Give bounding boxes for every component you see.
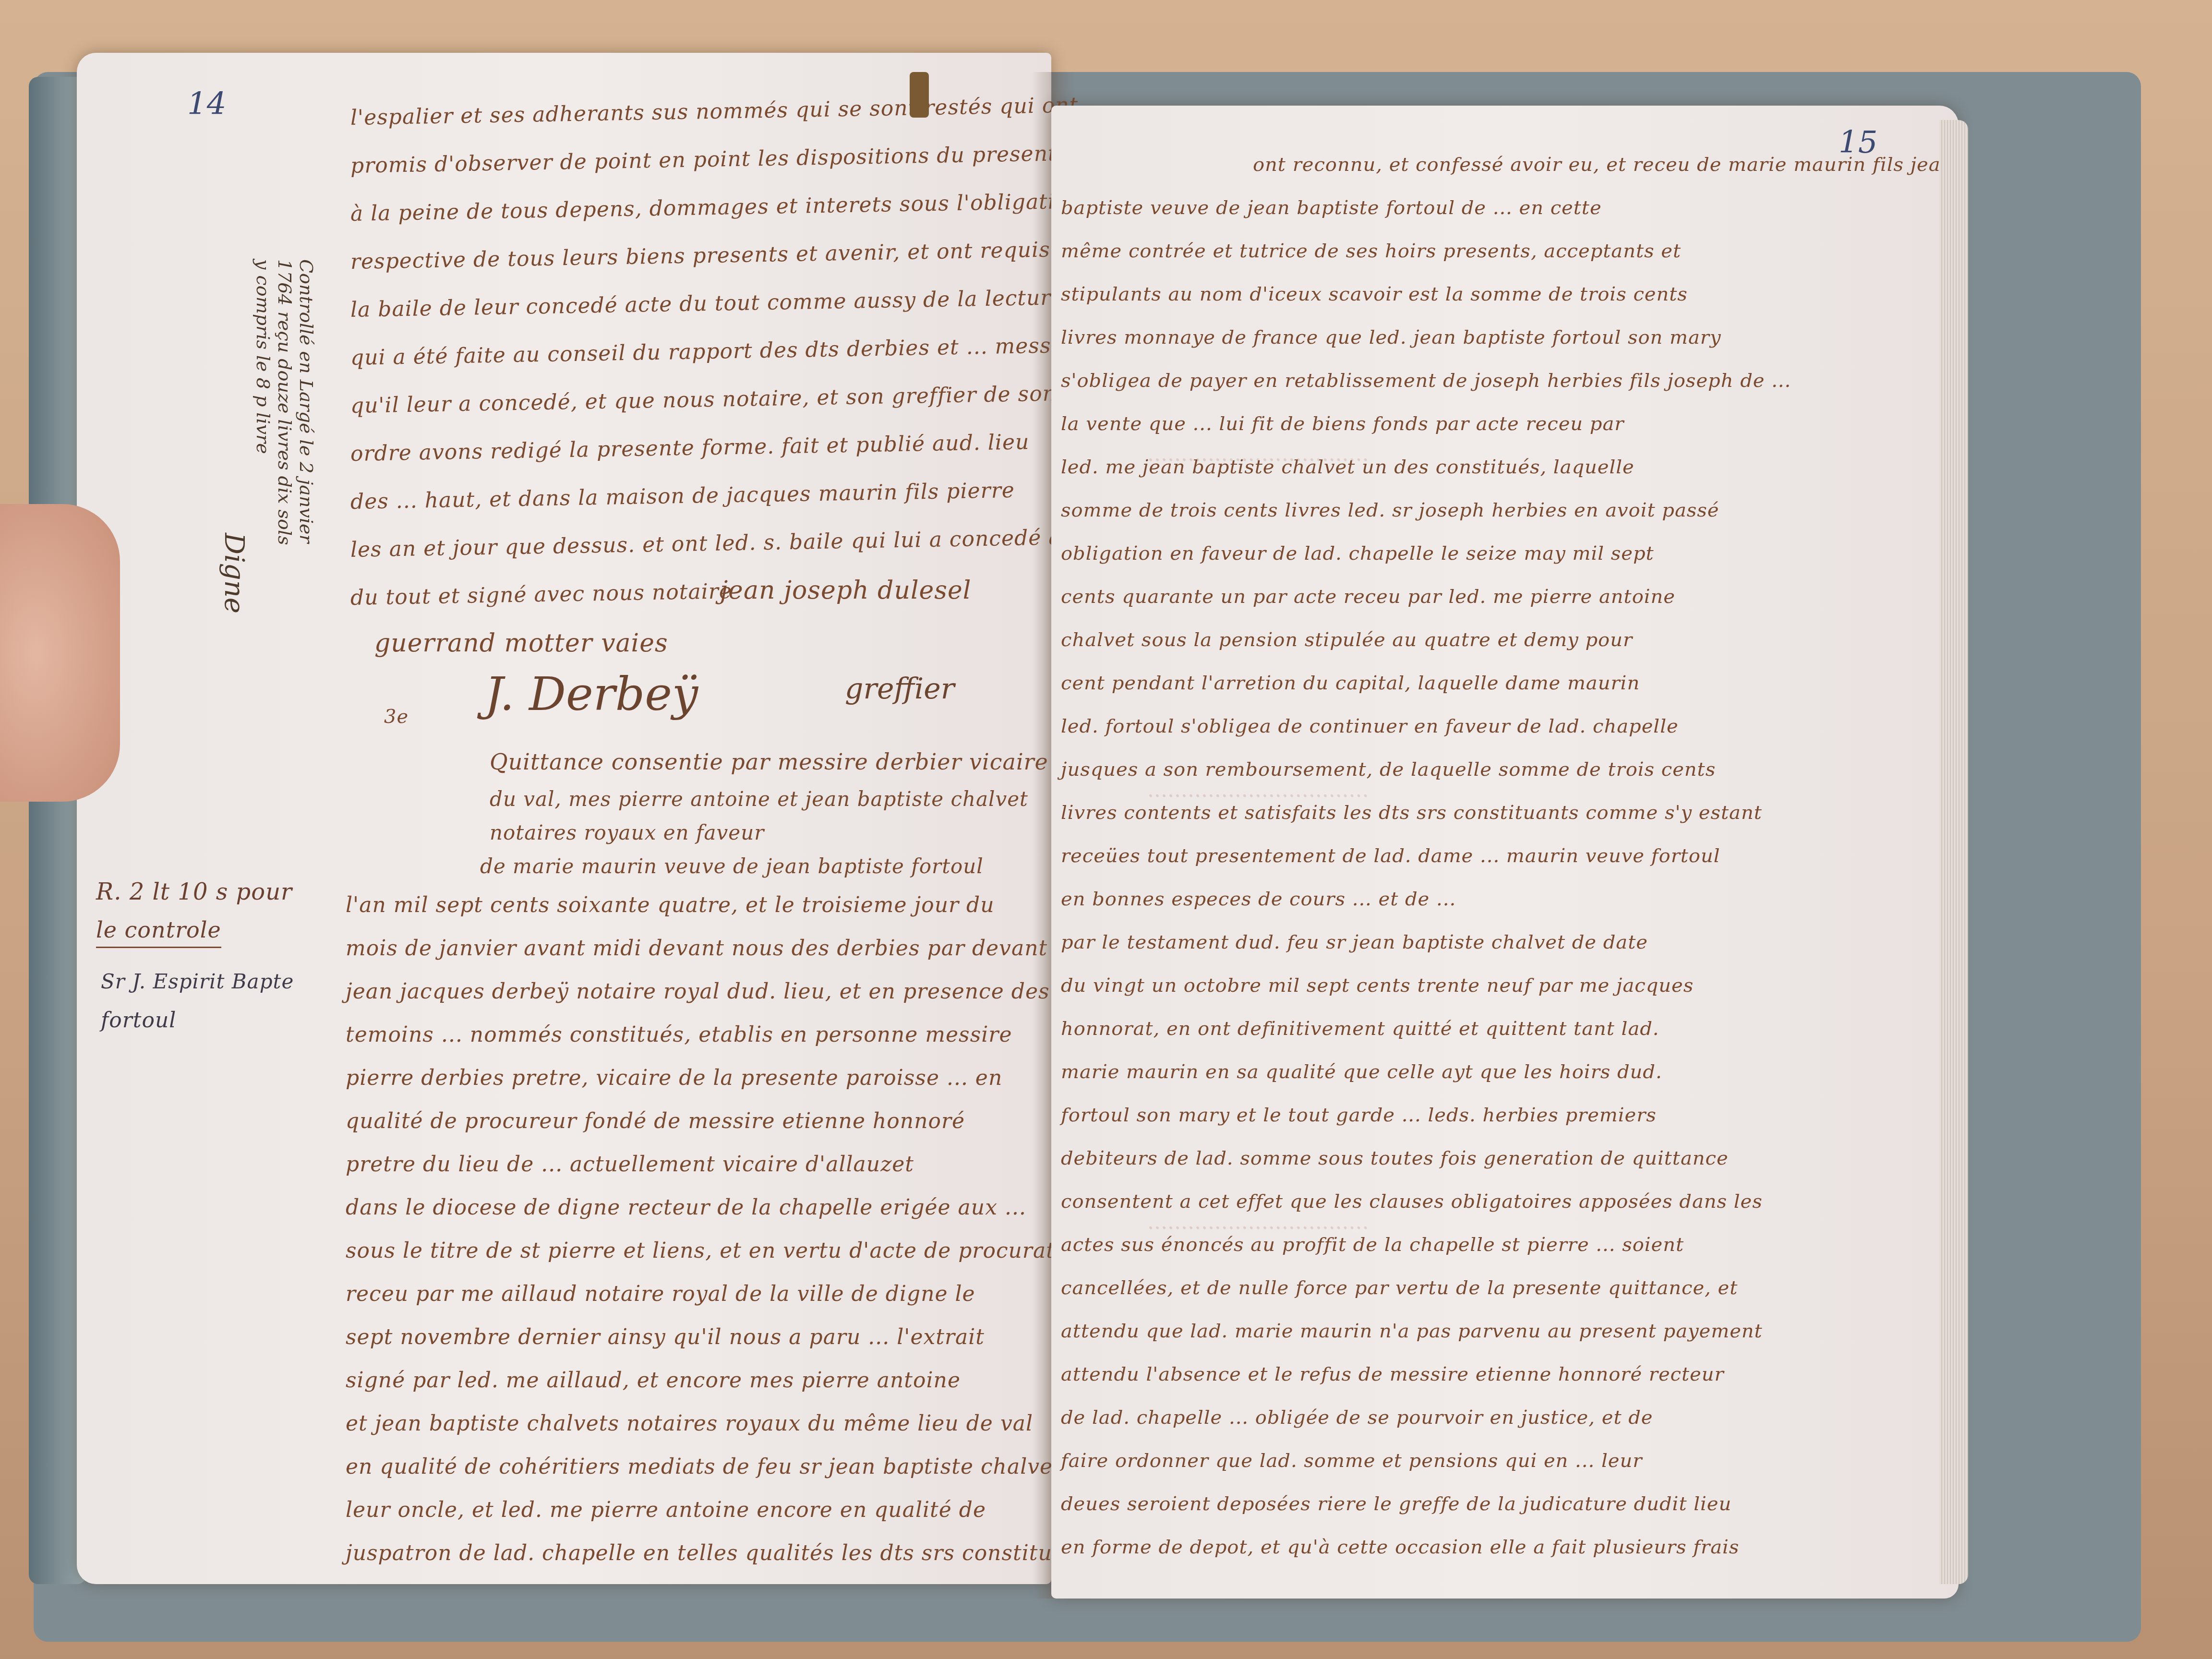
text-line: chalvet sous la pension stipulée au quat…	[1061, 629, 1633, 651]
text-line: en qualité de cohéritiers mediats de feu…	[346, 1455, 1062, 1479]
text-line: du tout et signé avec nous notaire	[350, 579, 733, 610]
text-line: debiteurs de lad. somme sous toutes fois…	[1061, 1147, 1729, 1169]
text-line: livres monnaye de france que led. jean b…	[1061, 326, 1721, 349]
text-line: jean jacques derbeÿ notaire royal dud. l…	[346, 979, 1050, 1004]
heading-line: de marie maurin veuve de jean baptiste f…	[480, 854, 984, 878]
text-line: cent pendant l'arretion du capital, laqu…	[1061, 672, 1640, 694]
text-line: la vente que ... lui fit de biens fonds …	[1061, 413, 1624, 435]
text-line: qualité de procureur fondé de messire et…	[346, 1109, 965, 1133]
signature-guerrand: guerrand motter vaies	[374, 629, 668, 658]
text-line: pierre derbies pretre, vicaire de la pre…	[346, 1066, 1002, 1090]
text-line: les an et jour que dessus. et ont led. s…	[350, 525, 1096, 562]
text-line: en bonnes especes de cours ... et de ...	[1061, 888, 1456, 910]
text-line: stipulants au nom d'iceux scavoir est la…	[1061, 283, 1688, 305]
bleed-through-text: .................................	[1147, 1210, 1369, 1234]
signature-dulesel: jean joseph dulesel	[720, 576, 971, 605]
left-page: 14 l'espalier et ses adherants sus nommé…	[77, 53, 1051, 1584]
text-line: actes sus énoncés au proffit de la chape…	[1061, 1234, 1684, 1256]
heading-line: notaires royaux en faveur	[490, 821, 764, 844]
text-line: l'an mil sept cents soixante quatre, et …	[346, 893, 995, 917]
text-line: des ... haut, et dans la maison de jacqu…	[350, 478, 1015, 514]
text-line: signé par led. me aillaud, et encore mes…	[346, 1368, 961, 1393]
text-line: sous le titre de st pierre et liens, et …	[346, 1238, 1090, 1263]
fee-amount: R. 2 lt 10 s pour	[96, 878, 292, 905]
text-line: led. fortoul s'obligea de continuer en f…	[1061, 715, 1679, 737]
text-line: dans le diocese de digne recteur de la c…	[346, 1195, 1026, 1220]
text-line: par le testament dud. feu sr jean baptis…	[1061, 931, 1648, 953]
text-line: deues seroient deposées riere le greffe …	[1061, 1493, 1731, 1515]
text-line: ordre avons redigé la presente forme. fa…	[350, 430, 1030, 466]
text-line: attendu l'absence et le refus de messire…	[1061, 1363, 1724, 1385]
text-line: led. me jean baptiste chalvet un des con…	[1061, 456, 1635, 478]
text-line: cents quarante un par acte receu par led…	[1061, 586, 1675, 608]
text-line: cancellées, et de nulle force par vertu …	[1061, 1277, 1738, 1299]
holding-thumb	[0, 504, 120, 802]
text-line: marie maurin en sa qualité que celle ayt…	[1061, 1061, 1662, 1083]
text-line: ont reconnu, et confessé avoir eu, et re…	[1253, 154, 1953, 176]
text-line: faire ordonner que lad. somme et pension…	[1061, 1450, 1642, 1472]
marginal-name: fortoul	[101, 1008, 176, 1033]
heading-line: du val, mes pierre antoine et jean bapti…	[490, 787, 1028, 811]
text-line: temoins ... nommés constitués, etablis e…	[346, 1022, 1012, 1047]
bleed-through-text: .................................	[1147, 778, 1369, 802]
fee-label: le controle	[96, 917, 221, 948]
text-line: receu par me aillaud notaire royal de la…	[346, 1282, 975, 1306]
text-line: de lad. chapelle ... obligée de se pourv…	[1061, 1407, 1653, 1429]
text-line: consentent a cet effet que les clauses o…	[1061, 1190, 1763, 1213]
text-line: fortoul son mary et le tout garde ... le…	[1061, 1104, 1657, 1126]
margin-note-line: 1764 reçu douze livres dix sols	[274, 259, 295, 545]
text-line: pretre du lieu de ... actuellement vicai…	[346, 1152, 914, 1177]
text-line: à la peine de tous depens, dommages et i…	[350, 189, 1083, 226]
text-line: qu'il leur a concedé, et que nous notair…	[350, 381, 1057, 418]
text-line: en forme de depot, et qu'à cette occasio…	[1061, 1536, 1739, 1558]
text-line: même contrée et tutrice de ses hoirs pre…	[1061, 240, 1681, 262]
page-stack-edge	[1939, 120, 1968, 1584]
text-line: leur oncle, et led. me pierre antoine en…	[346, 1498, 986, 1522]
margin-signature: Digne	[218, 533, 250, 613]
text-line: sept novembre dernier ainsy qu'il nous a…	[346, 1325, 985, 1349]
text-line: et jean baptiste chalvets notaires royau…	[346, 1411, 1033, 1436]
text-line: du vingt un octobre mil sept cents trent…	[1061, 974, 1694, 997]
heading-line: Quittance consentie par messire derbier …	[490, 749, 1048, 775]
text-line: l'espalier et ses adherants sus nommés q…	[350, 93, 1079, 130]
text-line: attendu que lad. marie maurin n'a pas pa…	[1061, 1320, 1763, 1342]
page-number-left: 14	[187, 86, 226, 122]
margin-note-line: y compris le 8 p livre	[252, 259, 274, 454]
text-line: somme de trois cents livres led. sr jose…	[1061, 499, 1719, 521]
entry-marker: 3e	[384, 706, 409, 728]
right-page: 15 ................................. ...…	[1051, 106, 1959, 1599]
text-line: respective de tous leurs biens presents …	[350, 236, 1136, 274]
signature-greffier: greffier	[845, 672, 955, 706]
text-line: livres contents et satisfaits les dts sr…	[1061, 802, 1762, 824]
signature-derbey: J. Derbeÿ	[485, 667, 698, 721]
text-line: juspatron de lad. chapelle en telles qua…	[346, 1541, 1076, 1565]
text-line: obligation en faveur de lad. chapelle le…	[1061, 542, 1654, 565]
text-line: baptiste veuve de jean baptiste fortoul …	[1061, 197, 1602, 219]
text-line: mois de janvier avant midi devant nous d…	[346, 936, 1107, 961]
text-line: la baile de leur concedé acte du tout co…	[350, 285, 1064, 322]
text-line: jusques a son remboursement, de laquelle…	[1061, 758, 1716, 781]
margin-note-line: Controllé en Largé le 2 janvier	[296, 259, 317, 543]
text-line: qui a été faite au conseil du rapport de…	[350, 332, 1107, 370]
text-line: receües tout presentement de lad. dame .…	[1061, 845, 1720, 867]
metal-clip	[910, 72, 929, 118]
text-line: promis d'observer de point en point les …	[350, 141, 1058, 178]
text-line: s'obligea de payer en retablissement de …	[1061, 370, 1791, 392]
text-line: honnorat, en ont definitivement quitté e…	[1061, 1018, 1659, 1040]
marginal-name: Sr J. Espirit Bapte	[101, 970, 294, 993]
